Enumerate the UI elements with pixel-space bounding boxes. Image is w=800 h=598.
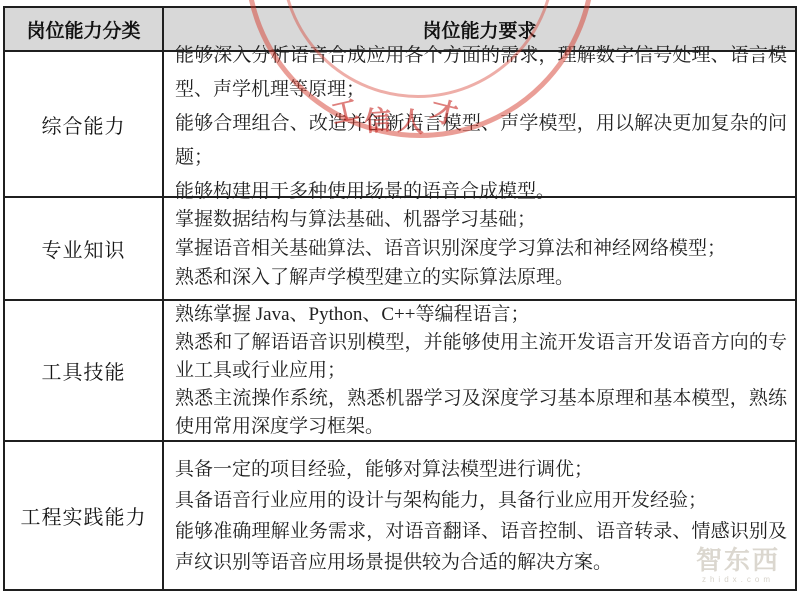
category-label: 工程实践能力	[21, 501, 147, 530]
category-label: 综合能力	[42, 110, 126, 139]
header-category-label: 岗位能力分类	[26, 16, 140, 43]
requirement-text: 能够深入分析语音合成应用各个方面的需求，理解数字信号处理、语言模型、声学机理等原…	[175, 39, 787, 107]
requirement-text: 掌握语音相关基础算法、语音识别深度学习算法和神经网络模型；	[175, 234, 787, 263]
requirement-text: 熟悉和深入了解声学模型建立的实际算法原理。	[175, 263, 787, 292]
requirements-cell: 掌握数据结构与算法基础、机器学习基础； 掌握语音相关基础算法、语音识别深度学习算…	[162, 198, 795, 299]
category-cell: 工程实践能力	[5, 442, 162, 589]
table-row-professional-knowledge: 专业知识 掌握数据结构与算法基础、机器学习基础； 掌握语音相关基础算法、语音识别…	[5, 196, 795, 299]
category-cell: 综合能力	[5, 52, 162, 196]
requirement-text: 能够合理组合、改造并创新语言模型、声学模型，用以解决更加复杂的问题；	[175, 107, 787, 175]
table-row-tool-skills: 工具技能 熟练掌握 Java、Python、C++等编程语言； 熟悉和了解语语音…	[5, 299, 795, 440]
requirement-text: 具备一定的项目经验，能够对算法模型进行调优；	[175, 454, 787, 485]
requirements-cell: 具备一定的项目经验，能够对算法模型进行调优； 具备语音行业应用的设计与架构能力，…	[162, 442, 795, 589]
requirement-text: 具备语音行业应用的设计与架构能力，具备行业应用开发经验；	[175, 485, 787, 516]
requirements-cell: 能够深入分析语音合成应用各个方面的需求，理解数字信号处理、语言模型、声学机理等原…	[162, 52, 795, 196]
capability-table: 岗位能力分类 岗位能力要求 综合能力 能够深入分析语音合成应用各个方面的需求，理…	[3, 6, 797, 591]
category-label: 专业知识	[42, 234, 126, 263]
requirement-text: 熟练掌握 Java、Python、C++等编程语言；	[175, 301, 787, 329]
category-label: 工具技能	[42, 356, 126, 385]
requirement-text: 能够准确理解业务需求，对语音翻译、语音控制、语音转录、情感识别及声纹识别等语音应…	[175, 516, 787, 578]
requirements-cell: 熟练掌握 Java、Python、C++等编程语言； 熟悉和了解语语音识别模型，…	[162, 301, 795, 440]
requirement-text: 熟悉和了解语语音识别模型，并能够使用主流开发语言开发语音方向的专业工具或行业应用…	[175, 329, 787, 385]
header-category-cell: 岗位能力分类	[5, 8, 162, 50]
requirement-text: 掌握数据结构与算法基础、机器学习基础；	[175, 205, 787, 234]
page: 岗位能力分类 岗位能力要求 综合能力 能够深入分析语音合成应用各个方面的需求，理…	[0, 0, 800, 598]
category-cell: 工具技能	[5, 301, 162, 440]
table-row-engineering-practice: 工程实践能力 具备一定的项目经验，能够对算法模型进行调优； 具备语音行业应用的设…	[5, 440, 795, 589]
table-row-general-ability: 综合能力 能够深入分析语音合成应用各个方面的需求，理解数字信号处理、语言模型、声…	[5, 50, 795, 196]
category-cell: 专业知识	[5, 198, 162, 299]
requirement-text: 熟悉主流操作系统，熟悉机器学习及深度学习基本原理和基本模型，熟练使用常用深度学习…	[175, 385, 787, 441]
